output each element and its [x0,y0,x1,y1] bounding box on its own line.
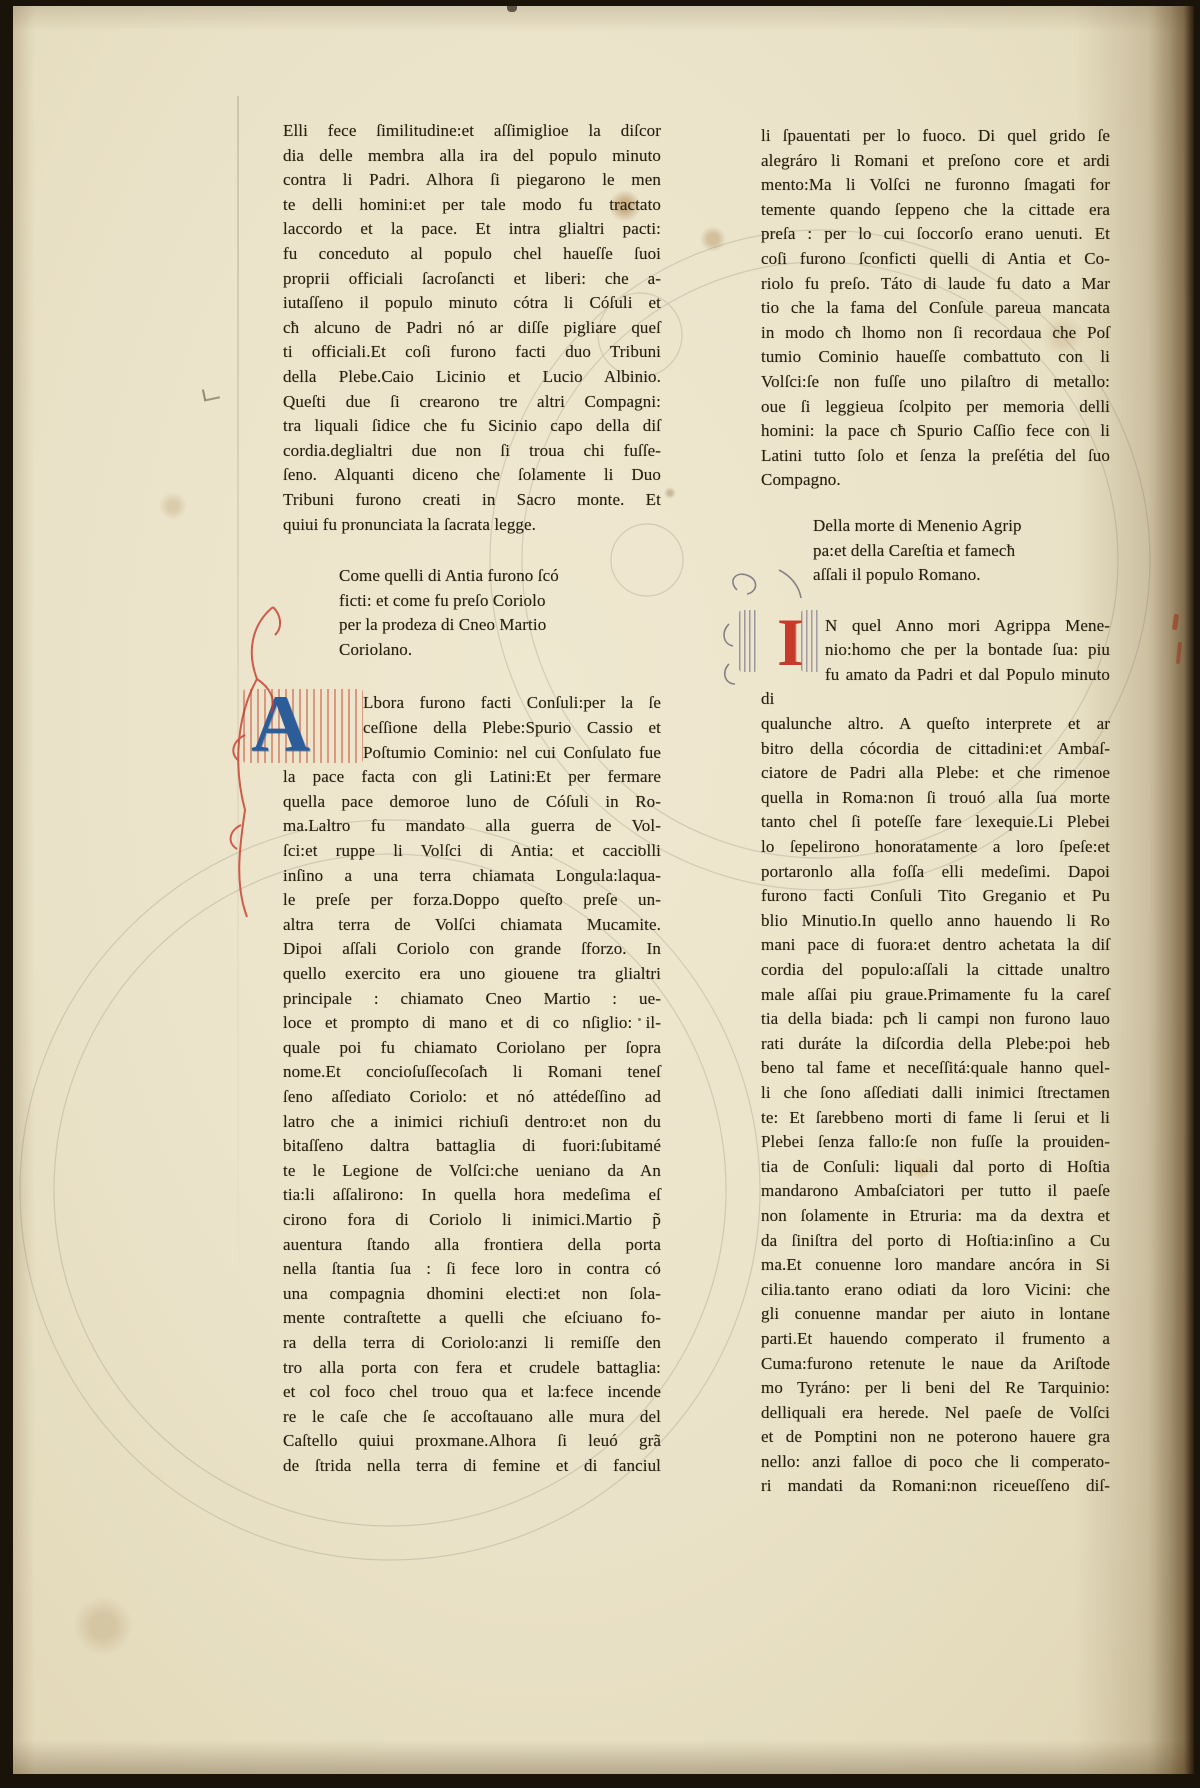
paragraph-concord: Elli fece ſimilitudine:et aſſimiglioe la… [283,119,661,537]
paragraph-lines: Elli fece ſimilitudine:et aſſimiglioe la… [283,119,661,537]
text-line: cilia.tanto erano odiati da loro Vicini:… [761,1278,1110,1303]
text-line: Elli fece ſimilitudine:et aſſimiglioe la… [283,119,661,144]
text-line: tio che la fama del Conſule pareua manca… [761,296,1110,321]
gutter-shadow [1148,6,1194,1774]
text-line: alegráro li Romani et preſono core et ar… [761,149,1110,174]
text-line: homini: la pace cħ Spurio Caſſio fece co… [761,419,1110,444]
text-line: ti officiali.Et coſi furono facti duo Tr… [283,340,661,365]
text-line: male aſſai piu graue.Primamente fu la ca… [761,983,1110,1008]
penwork-flourish-ink [719,562,829,692]
text-line: latro che a inimici richiuſi dentro:et n… [283,1110,661,1135]
paragraph-coriolano: A Lbora furono facti Conſuli:per la ſece… [283,691,661,1478]
paper-sheet: Elli fece ſimilitudine:et aſſimiglioe la… [13,6,1194,1774]
text-line: li che ſono aſſediati dalli inimici ſtre… [761,1081,1110,1106]
heading-lines: Come quelli di Antia furono ſcóficti: et… [339,564,639,662]
text-line: fu conceduto al populo chel haueſſe ſuoi [283,242,661,267]
text-line: quello exercito era uno giouene tra glia… [283,962,661,987]
text-line: Caſtello quiui proxmane.Alhora ſi leuó g… [283,1429,661,1454]
text-line: altra terra de Volſci chiamata Mucamite. [283,913,661,938]
text-line: bitaſſeno daltra battaglia di fuori:ſubi… [283,1134,661,1159]
text-line: auentura ſtando alla frontiera della por… [283,1233,661,1258]
text-line: ſci:et ruppe li Volſci di Antia: et cacc… [283,839,661,864]
text-line: temente quando ſeppeno che la cittade er… [761,198,1110,223]
text-line: Della morte di Menenio Agrip [813,514,1103,539]
heading-lines: Della morte di Menenio Agrippa:et della … [813,514,1103,588]
text-line: gli conuenne mandar per aiuto in lontane [761,1302,1110,1327]
text-line: de ſtrida nella terra di femine et di fa… [283,1454,661,1479]
margin-dot [638,846,641,849]
text-line: ma.Laltro fu mandato alla guerra de Vol- [283,814,661,839]
text-line: pa:et della Careſtia et famecħ [813,539,1103,564]
text-line: Queſti due ſi crearono tre altri Compagn… [283,390,661,415]
text-line: et de Pomptini non ne poterono hauere gr… [761,1425,1110,1450]
text-line: et col foco chel trouo qua et la:fece in… [283,1380,661,1405]
text-line: ſeno. Alquanti diceno che ſolamente li D… [283,463,661,488]
text-line: Tribuni furono creati in Sacro monte. Et [283,488,661,513]
chapter-heading-coriolano: Come quelli di Antia furono ſcóficti: et… [339,564,639,662]
text-line: tro alla porta con fera et crudele batta… [283,1356,661,1381]
text-line: la pace facta con gli Latini:Et per ferm… [283,765,661,790]
text-line: parti.Et hauendo comperato il frumento a [761,1327,1110,1352]
text-line: te le Legione de Volſci:che ueniano da A… [283,1159,661,1184]
paragraph-menenio: I N quel Anno mori Agrippa Mene-nio:homo… [761,614,1110,1499]
text-line: mento:Ma li Volſci ne furonno ſmagati fo… [761,173,1110,198]
chapter-heading-menenio: Della morte di Menenio Agrippa:et della … [813,514,1103,588]
text-line: lo ſepelirono honoratamente a loro ſpeſe… [761,835,1110,860]
text-line: laccordo et la pace. Et intra glialtri p… [283,217,661,242]
paragraph-lines: li ſpauentati per lo fuoco. Di quel grid… [761,124,1110,493]
text-line: nello: anzi falloe di poco che li comper… [761,1450,1110,1475]
text-line: qualunche altro. A queſto interprete et … [761,712,1110,737]
text-line: ra della terra di Coriolo:anzi li remiſſ… [283,1331,661,1356]
text-line: cirono fora di Coriolo li inimici.Martio… [283,1208,661,1233]
text-line: coſi furono ſconficti quelli di Antia et… [761,247,1110,272]
margin-dot [638,1018,641,1021]
text-line: cordia del populo:aſſali la cittade unal… [761,958,1110,983]
text-line: ma.Et conuenne loro mandare ancóra in Si [761,1253,1110,1278]
text-line: rati duráte la diſcordia della Plebe:poi… [761,1032,1110,1057]
text-line: inſino a una terra chiamata Longula:laqu… [283,864,661,889]
paragraph-lines: Lbora furono facti Conſuli:per la ſeceſſ… [283,691,661,1478]
text-line: beno tal fame et neceſſitá:quale hanno q… [761,1056,1110,1081]
text-line: proprii officiali ſacroſancti et liberi:… [283,267,661,292]
text-line: mo Tyráno: per li beni del Re Tarquinio: [761,1376,1110,1401]
top-edge-notch [507,6,517,12]
text-line: oue ſi leggieua ſcolpito per memoria del… [761,395,1110,420]
text-line: Plebei ſenza fallo:ſe non fuſſe la proui… [761,1130,1110,1155]
drop-cap-I: I [761,614,825,664]
text-line: quale poi fu chiamato Coriolano per ſopr… [283,1036,661,1061]
text-line: tumio Cominio haueſſe combattuto con li [761,345,1110,370]
paragraph-lines: N quel Anno mori Agrippa Mene-nio:homo c… [761,614,1110,1499]
text-line: delliquali era herede. Nel paeſe de Volſ… [761,1401,1110,1426]
text-column-right: li ſpauentati per lo fuoco. Di quel grid… [761,6,1110,1499]
text-line: blio Minutio.In quello anno hauendo li R… [761,909,1110,934]
text-line: da ſiniſtra del porto di Hoſtia:inſino a… [761,1229,1110,1254]
text-line: quella in Roma:non ſi trouó alla ſua mor… [761,786,1110,811]
text-line: contra li Padri. Alhora ſi piegarono le … [283,168,661,193]
text-line: mente contraſtette a quelli che eſciuano… [283,1306,661,1331]
text-line: tia:li aſſalirono: In quella hora medeſi… [283,1183,661,1208]
text-line: non ſolamente in Etruria: ma da dextra e… [761,1204,1110,1229]
text-line: tia de Conſuli: liquali dal porto di Hoſ… [761,1155,1110,1180]
drop-cap-A: A [283,691,363,741]
text-line: iutaſſeno il populo minuto cótra li Cóſu… [283,291,661,316]
text-line: li ſpauentati per lo fuoco. Di quel grid… [761,124,1110,149]
text-line: ſeno aſſediato Coriolo: et nó attédeſſin… [283,1085,661,1110]
text-line: cordia.deglialtri due non ſi troua chi f… [283,439,661,464]
penwork-flourish-red [211,595,291,925]
text-line: per la prodeza di Cneo Martio [339,613,639,638]
text-line: ficti: et come fu preſo Coriolo [339,589,639,614]
paragraph-volsci: li ſpauentati per lo fuoco. Di quel grid… [761,124,1110,493]
text-line: principale : chiamato Cneo Martio : ue- [283,987,661,1012]
text-line: le preſe per forza.Doppo queſto preſe un… [283,888,661,913]
text-line: furono facti Conſuli Tito Greganio et Pu [761,884,1110,909]
text-line: nella ſtantia ſua : ſi fece loro in cont… [283,1257,661,1282]
text-line: Dipoi aſſali Coriolo con grande ſforzo. … [283,937,661,962]
text-line: Volſci:ſe non fuſſe uno pilaſtro di meta… [761,370,1110,395]
text-line: della Plebe.Caio Licinio et Lucio Albini… [283,365,661,390]
scanned-book-page: { "page": { "colors": { "paper": "#eae2c… [0,0,1200,1788]
text-line: mani pace di fuora:et dentro achetata la… [761,933,1110,958]
text-line: Latini tutto ſolo et ſenza la preſétia d… [761,444,1110,469]
text-line: quella pace demoroe luno de Cóſuli in Ro… [283,790,661,815]
text-line: portaronlo alla foſſa elli medeſimi. Dap… [761,860,1110,885]
text-line: Come quelli di Antia furono ſcó [339,564,639,589]
text-line: riolo fu preſo. Táto di laude fu dato a … [761,272,1110,297]
text-line: una compagnia dhomini electi:et non ſola… [283,1282,661,1307]
text-line: Coriolano. [339,638,639,663]
text-line: ri mandati da Romani:non riceueſſeno diſ… [761,1474,1110,1499]
text-line: tanto chel ſi poteſſe fare lexequie.Li P… [761,810,1110,835]
text-line: loce et prompto di mano et di co nſiglio… [283,1011,661,1036]
text-line: in modo cħ lhomo non ſi recordaua che Po… [761,321,1110,346]
text-line: quiui fu pronunciata la ſacrata legge. [283,513,661,538]
text-line: nome.Et concioſuſſecoſacħ li Romani tene… [283,1060,661,1085]
text-line: Compagno. [761,468,1110,493]
margin-pen-mark [202,386,220,401]
text-column-left: Elli fece ſimilitudine:et aſſimiglioe la… [283,6,661,1478]
text-line: cħ alcuno de Padri nó ar diſſe pigliare … [283,316,661,341]
text-line: te: Et ſarebbeno morti di fame li ſerui … [761,1106,1110,1131]
text-line: re le caſe che ſe accoſtauano alle mura … [283,1405,661,1430]
text-line: aſſali il populo Romano. [813,563,1103,588]
text-line: dia delle membra alla ira del populo min… [283,144,661,169]
text-line: mandarono Ambaſciatori per tutto il paeſ… [761,1179,1110,1204]
text-line: preſa : per lo cui ſoccorſo erano uenuti… [761,222,1110,247]
text-line: tra liquali ſidice che fu Sicinio capo d… [283,414,661,439]
text-line: Cuma:furono retenute le naue da Ariſtode [761,1352,1110,1377]
text-line: ciatore de Padri alla Plebe: et che rime… [761,761,1110,786]
text-line: tia della biada: pcħ li campi non furono… [761,1007,1110,1032]
text-line: bitro della cócordia de cittadini:et Amb… [761,737,1110,762]
text-line: te delli homini:et per tale modo fu trac… [283,193,661,218]
